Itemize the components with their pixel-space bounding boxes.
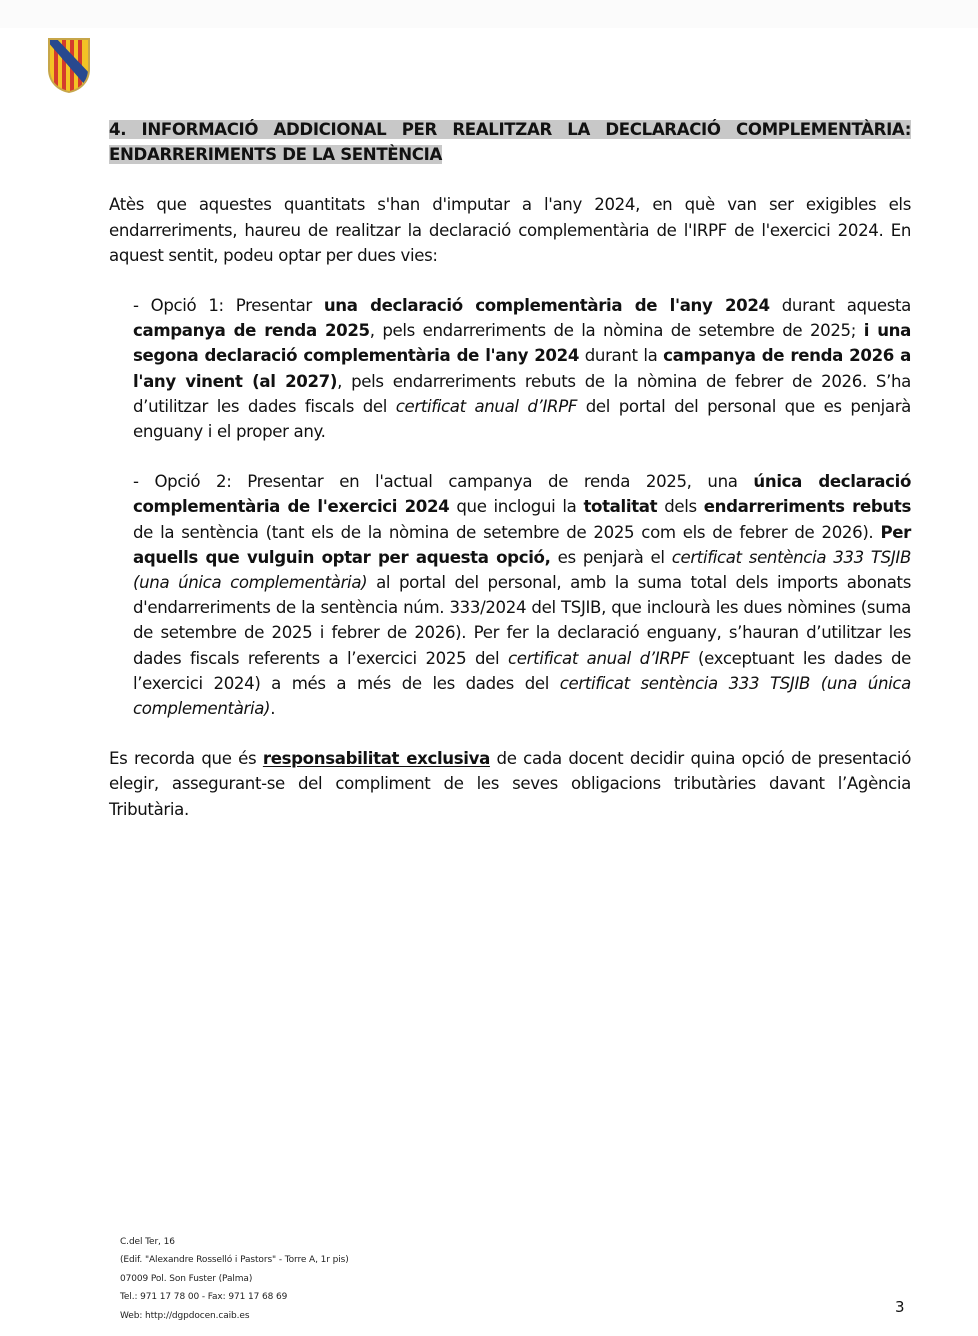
page-top-band — [0, 0, 978, 28]
coat-of-arms-logo-icon — [47, 37, 91, 93]
footer-building: (Edif. "Alexandre Rosselló i Pastors" - … — [120, 1251, 349, 1269]
footer-street: C.del Ter, 16 — [120, 1233, 349, 1251]
intro-paragraph: Atès que aquestes quantitats s'han d'imp… — [109, 192, 911, 268]
footer-postal: 07009 Pol. Son Fuster (Palma) — [120, 1270, 349, 1288]
footer-web: Web: http://dgpdocen.caib.es — [120, 1307, 349, 1325]
closing-paragraph: Es recorda que és responsabilitat exclus… — [109, 746, 911, 822]
document-body: 4. INFORMACIÓ ADDICIONAL PER REALITZAR L… — [109, 117, 911, 822]
page-number: 3 — [895, 1298, 905, 1316]
section-heading: 4. INFORMACIÓ ADDICIONAL PER REALITZAR L… — [109, 117, 911, 167]
responsibility-emphasis: responsabilitat exclusiva — [263, 749, 490, 768]
option-2-paragraph: - Opció 2: Presentar en l'actual campany… — [133, 469, 911, 721]
footer-address: C.del Ter, 16 (Edif. "Alexandre Rosselló… — [120, 1233, 349, 1325]
option-1-paragraph: - Opció 1: Presentar una declaració comp… — [133, 293, 911, 444]
footer-phone-fax: Tel.: 971 17 78 00 - Fax: 971 17 68 69 — [120, 1288, 349, 1306]
